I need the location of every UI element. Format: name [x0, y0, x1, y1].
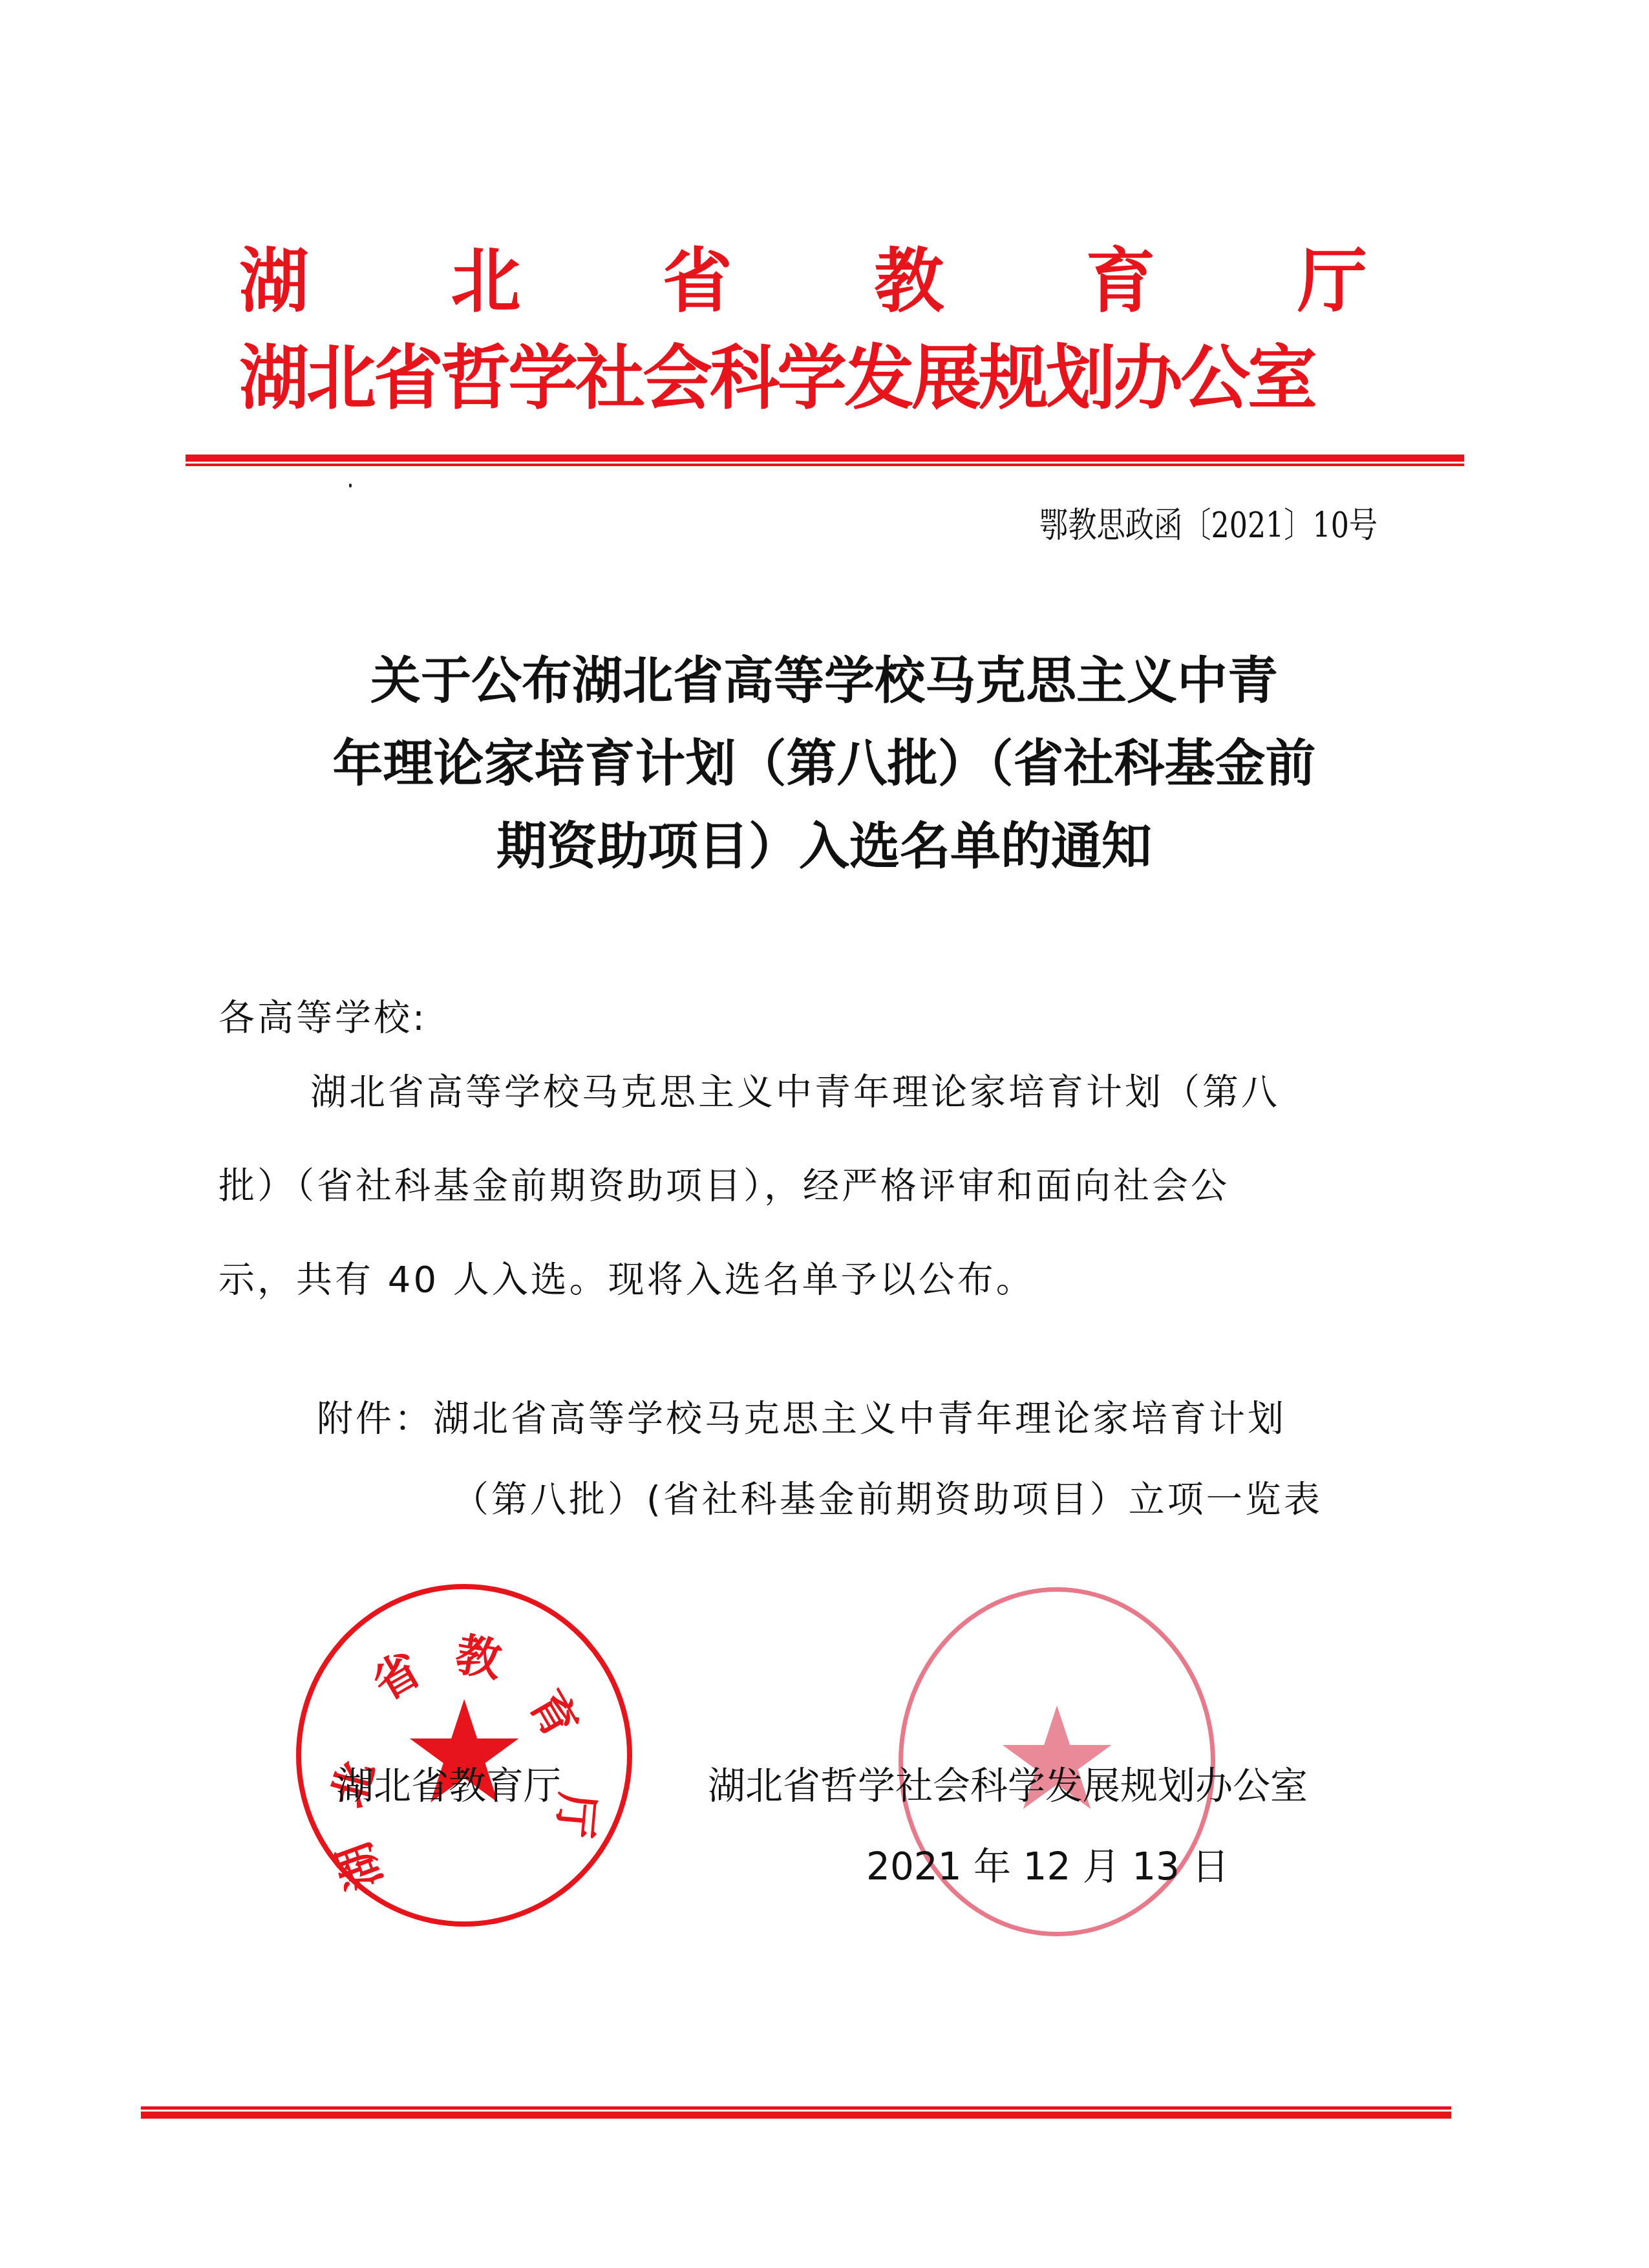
letterhead-char: 省: [663, 225, 732, 325]
salutation: 各高等学校:: [218, 989, 427, 1041]
letterhead-char: 湖: [239, 225, 309, 325]
footer-rule-thick: [141, 2112, 1451, 2119]
letterhead-rule-thin: [186, 464, 1464, 466]
letterhead-char: 育: [1086, 225, 1156, 325]
seal-char: 湖: [318, 1835, 395, 1899]
letterhead-char: 北: [451, 225, 520, 325]
scan-speck: [349, 484, 352, 487]
body-paragraph-line-2: 批）（省社科基金前期资助项目），经严格评审和面向社会公: [218, 1157, 1229, 1209]
letterhead-rule-thick: [186, 455, 1464, 462]
document-title: 关于公布湖北省高等学校马克思主义中青 年理论家培育计划（第八批）（省社科基金前 …: [226, 640, 1422, 888]
letterhead-char: 教: [874, 225, 944, 325]
document-page: 湖 北 省 教 育 厅 湖北省哲学社会科学发展规划办公室 鄂教思政函〔2021〕…: [0, 0, 1649, 2268]
footer-rule-thin: [141, 2106, 1451, 2110]
attachment-line-1: 附件：湖北省高等学校马克思主义中青年理论家培育计划: [317, 1390, 1286, 1442]
issue-date: 2021 年 12 月 13 日: [866, 1836, 1229, 1890]
body-paragraph-line-1: 湖北省高等学校马克思主义中青年理论家培育计划（第八: [310, 1064, 1280, 1115]
issuer-education-department: 湖北省教育厅: [336, 1755, 561, 1810]
letterhead-char: 厅: [1297, 225, 1367, 325]
body-paragraph-line-3: 示，共有 40 人入选。现将入选名单予以公布。: [218, 1251, 1035, 1303]
issuer-philosophy-office: 湖北省哲学社会科学发展规划办公室: [708, 1755, 1308, 1810]
letterhead-line-2: 湖北省哲学社会科学发展规划办公室: [239, 336, 1367, 420]
attachment-line-2: （第八批）(省社科基金前期资助项目）立项一览表: [452, 1471, 1323, 1523]
seal-char: 育: [517, 1676, 596, 1748]
title-line-1: 关于公布湖北省高等学校马克思主义中青: [226, 640, 1422, 723]
letterhead-line-1: 湖 北 省 教 育 厅: [239, 236, 1367, 314]
document-number: 鄂教思政函〔2021〕10号: [1039, 498, 1378, 548]
title-line-3: 期资助项目）入选名单的通知: [226, 806, 1422, 888]
title-line-2: 年理论家培育计划（第八批）（省社科基金前: [226, 723, 1422, 806]
